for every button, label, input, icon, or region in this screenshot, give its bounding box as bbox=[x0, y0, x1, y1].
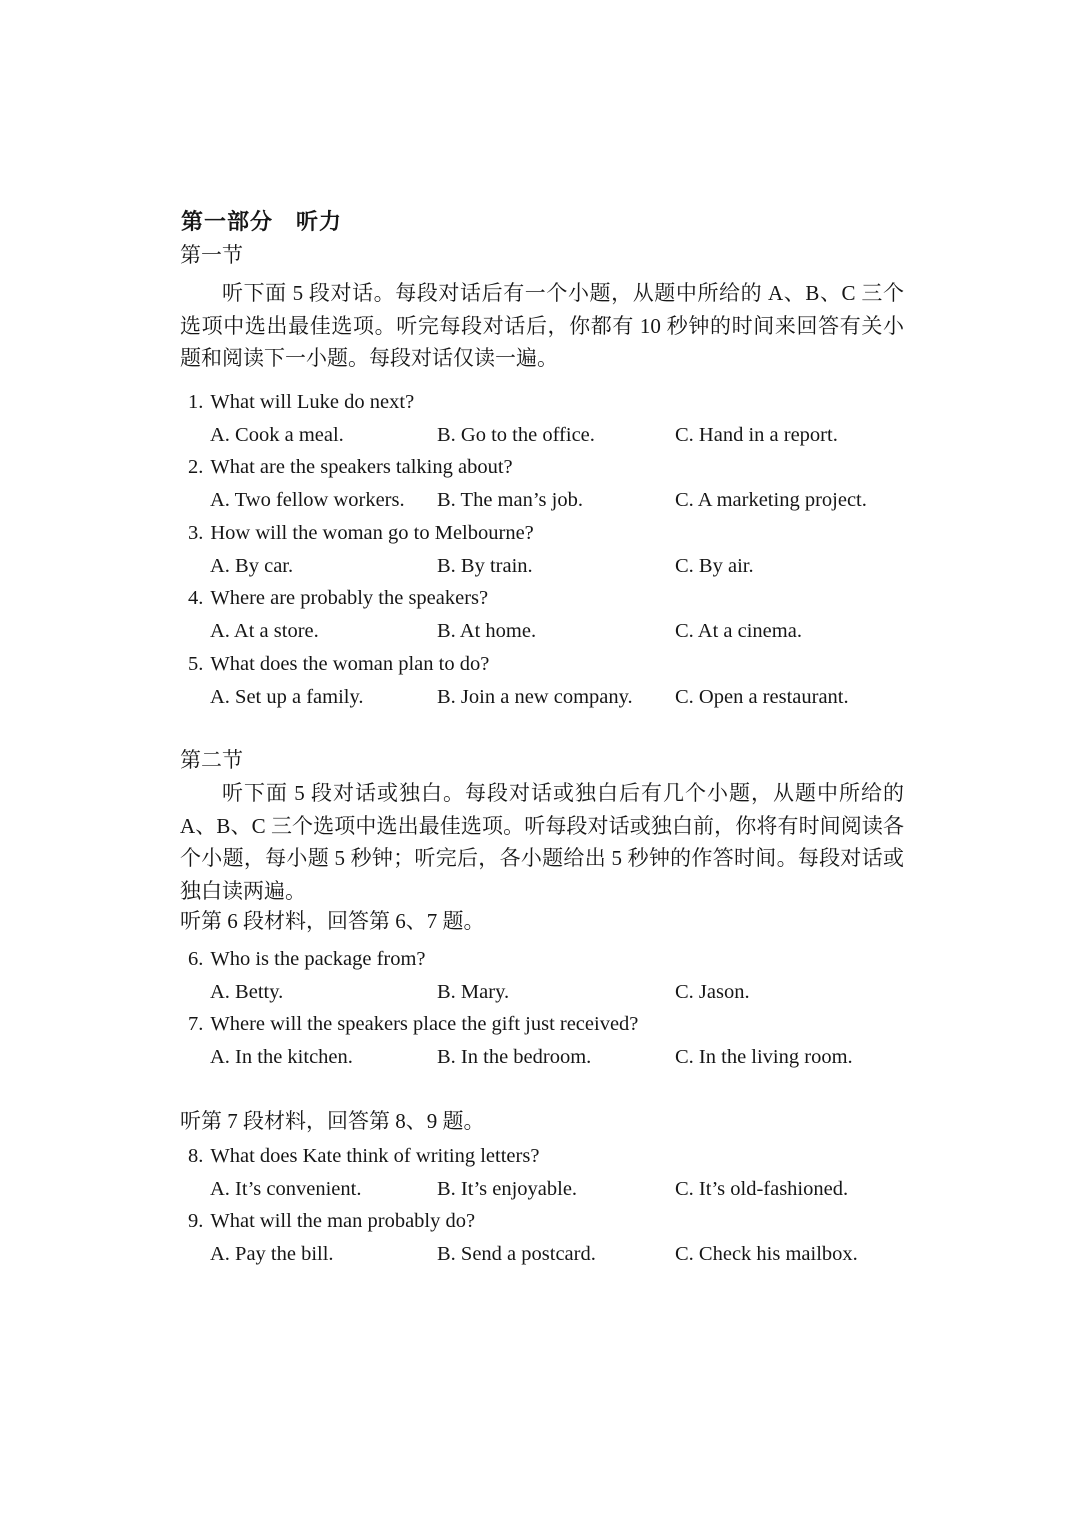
option-c: C. A marketing project. bbox=[675, 484, 920, 517]
option-a: A. Set up a family. bbox=[210, 681, 437, 714]
option-b: B. Send a postcard. bbox=[437, 1238, 675, 1271]
section1-title: 第一节 bbox=[180, 239, 243, 269]
question-text: Where will the speakers place the gift j… bbox=[210, 1013, 638, 1035]
question-4-line: 4.Where are probably the speakers? bbox=[180, 582, 920, 615]
question-5-line: 5.What does the woman plan to do? bbox=[180, 648, 920, 681]
question-9-line: 9.What will the man probably do? bbox=[180, 1205, 920, 1238]
option-c: C. By air. bbox=[675, 550, 920, 583]
question-number: 1. bbox=[188, 391, 203, 413]
question-7-line: 7.Where will the speakers place the gift… bbox=[180, 1008, 920, 1041]
option-b: B. In the bedroom. bbox=[437, 1041, 675, 1074]
question-9-options: A. Pay the bill. B. Send a postcard. C. … bbox=[180, 1238, 920, 1271]
option-a: A. At a store. bbox=[210, 615, 437, 648]
option-a: A. It’s convenient. bbox=[210, 1173, 437, 1206]
question-number: 6. bbox=[188, 948, 203, 970]
question-6-options: A. Betty. B. Mary. C. Jason. bbox=[180, 976, 920, 1009]
option-a: A. Pay the bill. bbox=[210, 1238, 437, 1271]
question-7: 7.Where will the speakers place the gift… bbox=[180, 1008, 920, 1073]
question-text: Who is the package from? bbox=[210, 948, 425, 970]
question-text: What will the man probably do? bbox=[210, 1210, 475, 1232]
question-6: 6.Who is the package from? A. Betty. B. … bbox=[180, 943, 920, 1008]
question-3: 3.How will the woman go to Melbourne? A.… bbox=[180, 517, 920, 582]
question-9: 9.What will the man probably do? A. Pay … bbox=[180, 1205, 920, 1270]
question-1-line: 1.What will Luke do next? bbox=[180, 386, 920, 419]
exam-page: 第一部分 听力 第一节 听下面 5 段对话。每段对话后有一个小题，从题中所给的 … bbox=[0, 0, 1080, 1527]
question-3-line: 3.How will the woman go to Melbourne? bbox=[180, 517, 920, 550]
question-8-line: 8.What does Kate think of writing letter… bbox=[180, 1140, 920, 1173]
question-number: 2. bbox=[188, 456, 203, 478]
question-3-options: A. By car. B. By train. C. By air. bbox=[180, 550, 920, 583]
section2-instructions: 听下面 5 段对话或独白。每段对话或独白后有几个小题，从题中所给的 A、B、C … bbox=[180, 777, 904, 908]
question-5-options: A. Set up a family. B. Join a new compan… bbox=[180, 681, 920, 714]
question-text: How will the woman go to Melbourne? bbox=[210, 522, 533, 544]
question-6-line: 6.Who is the package from? bbox=[180, 943, 920, 976]
option-c: C. Hand in a report. bbox=[675, 419, 920, 452]
option-a: A. Two fellow workers. bbox=[210, 484, 437, 517]
question-number: 3. bbox=[188, 522, 203, 544]
material-2-header: 听第 7 段材料，回答第 8、9 题。 bbox=[180, 1105, 485, 1135]
question-2: 2.What are the speakers talking about? A… bbox=[180, 451, 920, 516]
question-5: 5.What does the woman plan to do? A. Set… bbox=[180, 648, 920, 713]
material-1-header: 听第 6 段材料，回答第 6、7 题。 bbox=[180, 905, 485, 935]
option-b: B. Mary. bbox=[437, 976, 675, 1009]
question-4-options: A. At a store. B. At home. C. At a cinem… bbox=[180, 615, 920, 648]
part-title: 第一部分 听力 bbox=[181, 205, 342, 236]
option-a: A. In the kitchen. bbox=[210, 1041, 437, 1074]
question-number: 7. bbox=[188, 1013, 203, 1035]
question-number: 5. bbox=[188, 653, 203, 675]
option-c: C. Check his mailbox. bbox=[675, 1238, 920, 1271]
question-4: 4.Where are probably the speakers? A. At… bbox=[180, 582, 920, 647]
question-text: What will Luke do next? bbox=[210, 391, 414, 413]
option-b: B. At home. bbox=[437, 615, 675, 648]
question-text: What does the woman plan to do? bbox=[210, 653, 489, 675]
option-a: A. Betty. bbox=[210, 976, 437, 1009]
question-1-options: A. Cook a meal. B. Go to the office. C. … bbox=[180, 419, 920, 452]
question-text: What are the speakers talking about? bbox=[210, 456, 512, 478]
question-number: 8. bbox=[188, 1145, 203, 1167]
option-a: A. Cook a meal. bbox=[210, 419, 437, 452]
option-c: C. At a cinema. bbox=[675, 615, 920, 648]
option-b: B. By train. bbox=[437, 550, 675, 583]
question-7-options: A. In the kitchen. B. In the bedroom. C.… bbox=[180, 1041, 920, 1074]
option-c: C. In the living room. bbox=[675, 1041, 920, 1074]
question-1: 1.What will Luke do next? A. Cook a meal… bbox=[180, 386, 920, 451]
option-b: B. Go to the office. bbox=[437, 419, 675, 452]
question-8-options: A. It’s convenient. B. It’s enjoyable. C… bbox=[180, 1173, 920, 1206]
option-c: C. Open a restaurant. bbox=[675, 681, 920, 714]
question-8: 8.What does Kate think of writing letter… bbox=[180, 1140, 920, 1205]
option-b: B. Join a new company. bbox=[437, 681, 675, 714]
question-text: Where are probably the speakers? bbox=[210, 587, 488, 609]
option-a: A. By car. bbox=[210, 550, 437, 583]
question-number: 9. bbox=[188, 1210, 203, 1232]
section2-title: 第二节 bbox=[180, 744, 243, 774]
section1-instructions: 听下面 5 段对话。每段对话后有一个小题，从题中所给的 A、B、C 三个选项中选… bbox=[180, 277, 904, 375]
question-2-line: 2.What are the speakers talking about? bbox=[180, 451, 920, 484]
option-c: C. Jason. bbox=[675, 976, 920, 1009]
option-b: B. The man’s job. bbox=[437, 484, 675, 517]
question-number: 4. bbox=[188, 587, 203, 609]
option-c: C. It’s old-fashioned. bbox=[675, 1173, 920, 1206]
question-text: What does Kate think of writing letters? bbox=[210, 1145, 539, 1167]
question-2-options: A. Two fellow workers. B. The man’s job.… bbox=[180, 484, 920, 517]
option-b: B. It’s enjoyable. bbox=[437, 1173, 675, 1206]
